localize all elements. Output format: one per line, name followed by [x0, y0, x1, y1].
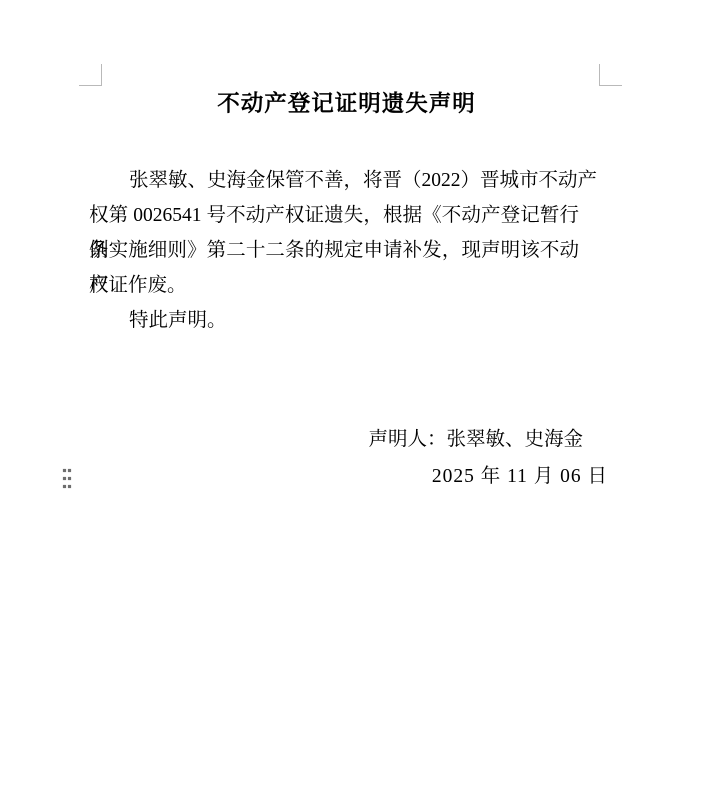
document-body: 张翠敏、史海金保管不善，将晋（2022）晋城市不动产 权第 0026541 号不… [89, 163, 579, 338]
body-line: 张翠敏、史海金保管不善，将晋（2022）晋城市不动产 [89, 163, 579, 198]
margin-crop-mark-top-left [79, 64, 102, 86]
drag-handle-dot [63, 477, 66, 480]
declarant-line: 声明人：张翠敏、史海金 [368, 422, 583, 457]
drag-handle-icon[interactable] [63, 469, 71, 488]
drag-handle-dot [63, 485, 66, 488]
body-line: 权证作废。 [89, 268, 579, 303]
document-page: 不动产登记证明遗失声明 张翠敏、史海金保管不善，将晋（2022）晋城市不动产 权… [0, 0, 707, 787]
body-line: 例实施细则》第二十二条的规定申请补发，现声明该不动产 [89, 233, 579, 268]
body-line: 权第 0026541 号不动产权证遗失，根据《不动产登记暂行条 [89, 198, 579, 233]
date-line: 2025 年 11 月 06 日 [432, 459, 608, 494]
body-line: 特此声明。 [89, 303, 579, 338]
document-title: 不动产登记证明遗失声明 [89, 89, 604, 119]
drag-handle-dot [68, 469, 71, 472]
drag-handle-dot [63, 469, 66, 472]
drag-handle-dot [68, 477, 71, 480]
margin-crop-mark-top-right [599, 64, 622, 86]
drag-handle-dot [68, 485, 71, 488]
